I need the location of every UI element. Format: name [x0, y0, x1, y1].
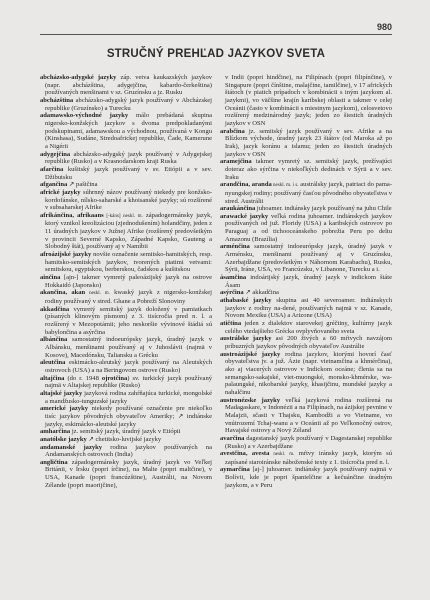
entry-headword: arménčina: [220, 243, 250, 250]
entry-headword: abcházsko-adygské jazyky: [40, 74, 116, 81]
entry-headword: angličtina: [40, 459, 68, 466]
dictionary-entry: andamanské jazyky rodina jazykov používa…: [40, 444, 212, 459]
dictionary-entry: altajské jazyky jazyková rodina zahŕňajú…: [40, 390, 212, 405]
dictionary-entry: afroázijské jazyky novšie označenie semi…: [40, 251, 212, 274]
entry-headword: akkadčina: [40, 306, 69, 313]
dictionary-entry: austroázijské jazyky rodina jazykov, kto…: [220, 351, 392, 397]
entry-definition: juhoamer. indiánsky jazyk používaný na j…: [255, 205, 391, 212]
entry-definition: dagestanský jazyk používaný v Dagestansk…: [225, 435, 392, 450]
entry-definition: západogermánsky jazyk, úradný jazyk vo V…: [45, 459, 212, 489]
entry-headword: afroázijské jazyky: [40, 251, 91, 258]
dictionary-entry: arawacké jazyky veľká rodina juhoamer. i…: [220, 213, 392, 244]
dictionary-entry: asýrčina ↗ akkadčina: [220, 289, 392, 297]
entry-definition: samostatný indoeurópsky jazyk, úradný ja…: [45, 336, 212, 358]
entry-definition: jeden z dialektov starovekej gréčtiny, k…: [225, 320, 392, 335]
entry-grammar-note: neskl. m.: [85, 291, 110, 296]
entry-definition: indoárijský jazyk, úradný jazyk v indick…: [225, 274, 392, 289]
dictionary-entry: arménčina samostatný indoeurópsky jazyk,…: [220, 243, 392, 274]
entry-variant-headword: ojrotčina: [102, 375, 127, 382]
dictionary-entry: aleutčina eskimácko-aleutský jazyk použí…: [40, 359, 212, 374]
entry-definition: [ajn-] takmer vymretý paleoázijský jazyk…: [45, 274, 212, 289]
dictionary-entry: ásamčina indoárijský jazyk, úradný jazyk…: [220, 274, 392, 289]
dictionary-entry: aramejčina takmer vymretý sz. semitský j…: [220, 158, 392, 181]
entry-headword: ásamčina: [220, 274, 246, 281]
dictionary-entry: afarčina kušitský jazyk používaný v sv. …: [40, 166, 212, 181]
entry-headword: albánčina: [40, 336, 67, 343]
dictionary-entry: amharčina jz. semitský jazyk, úradný jaz…: [40, 428, 212, 436]
dictionary-entry: afgančina ↗ paštčina: [40, 181, 212, 189]
dictionary-entry: araukánčina juhoamer. indiánsky jazyk po…: [220, 205, 392, 213]
entry-headword: austrálske jazyky: [220, 335, 271, 342]
dictionary-entry: austronézske jazyky veľká jazyková rodin…: [220, 397, 392, 435]
entry-text: (do r. 1948: [64, 375, 102, 382]
entry-headword: anatólske jazyky: [40, 436, 87, 443]
entry-headword: asýrčina: [220, 289, 244, 296]
header-rule: [40, 34, 392, 35]
dictionary-entry: altajčina (do r. 1948 ojrotčina) sv. tur…: [40, 375, 212, 390]
entry-headword: atičtina: [220, 320, 241, 327]
entry-headword: ainčina: [40, 274, 60, 281]
entry-headword: adamawsko-východné jazyky: [40, 112, 128, 119]
page-number: 980: [377, 22, 392, 32]
dictionary-entry: anatólske jazyky ↗ chetitsko-luvijské ja…: [40, 436, 212, 444]
entry-headword: africké jazyky: [40, 189, 81, 196]
entry-headword: afarčina: [40, 166, 63, 173]
entry-headword: arawacké jazyky: [220, 213, 268, 220]
entry-grammar-note: neskl. m. i s.: [272, 183, 299, 188]
dictionary-entry: avestčina, avesta neskl. m. mŕtvy iránsk…: [220, 450, 392, 466]
dictionary-entry: afrikánčina, afrikaans [-káns] neskl. m.…: [40, 212, 212, 251]
entry-headword: altajské jazyky: [40, 390, 82, 397]
entry-definition: vymretý semitský jazyk doložený v pamiat…: [45, 306, 212, 336]
dictionary-entry: adygejčina abcházsko-adygský jazyk použí…: [40, 151, 212, 166]
dictionary-entry: ainčina [ajn-] takmer vymretý paleoázijs…: [40, 274, 212, 289]
dictionary-entry: austrálske jazyky asi 200 živých a 60 mŕ…: [220, 335, 392, 350]
entry-headword: adygejčina: [40, 151, 70, 158]
dictionary-entry: abcházsko-adygské jazyky záp. vetva kauk…: [40, 74, 212, 97]
dictionary-entry: aymarčina [aj-] juhoamer. indiánsky jazy…: [220, 466, 392, 489]
dictionary-entry: angličtina západogermánsky jazyk, úradný…: [40, 459, 212, 490]
dictionary-entry: atičtina jeden z dialektov starovekej gr…: [220, 320, 392, 335]
entry-headword: afgančina: [40, 181, 67, 188]
entry-definition: ↗ chetitsko-luvijské jazyky: [87, 436, 161, 443]
entry-headword: andamanské jazyky: [40, 444, 102, 451]
dictionary-entry: akančina, akan neskl. m. kwaský jazyk z …: [40, 289, 212, 305]
entry-headword: avarčina: [220, 435, 244, 442]
dictionary-entry: v Indii (popri hindčine), na Filipínach …: [220, 74, 392, 128]
dictionary-entry: arabčina jz. semitský jazyk používaný v …: [220, 128, 392, 159]
entry-definition: [aj-] juhoamer. indiánsky jazyk používan…: [225, 466, 392, 488]
entry-headword: americké jazyky: [40, 405, 88, 412]
dictionary-entry: arandčina, aranda neskl. m. i s. austrál…: [220, 181, 392, 205]
entry-headword: austroázijské jazyky: [220, 351, 280, 358]
entry-definition: rodina jazykov, ktorými hovorí časť obyv…: [225, 351, 392, 396]
entry-headword: abcházština: [40, 97, 73, 104]
dictionary-entry: adamawsko-východné jazyky málo prebádaná…: [40, 112, 212, 150]
page-title: STRUČNÝ PREHĽAD JAZYKOV SVETA: [40, 48, 392, 60]
entry-headword: aramejčina: [220, 158, 252, 165]
entry-headword: avestčina, avesta: [220, 450, 269, 457]
entry-headword: akančina, akan: [40, 289, 85, 296]
dictionary-entry: albánčina samostatný indoeurópsky jazyk,…: [40, 336, 212, 359]
entry-headword: afrikánčina, afrikaans: [40, 212, 104, 219]
dictionary-entry: avarčina dagestanský jazyk používaný v D…: [220, 435, 392, 450]
entry-grammar-note: [-káns] neskl. m.: [104, 214, 143, 219]
entry-headword: aymarčina: [220, 466, 250, 473]
entry-definition: abcházsko-adygský jazyk používaný v Adyg…: [45, 151, 212, 166]
entry-definition: jz. semitský jazyk, úradný jazyk v Etióp…: [70, 428, 180, 435]
entry-headword: amharčina: [40, 428, 70, 435]
entry-definition: samostatný indoeurópsky jazyk, úradný ja…: [225, 243, 392, 273]
entry-headword: arandčina, aranda: [220, 181, 272, 188]
entry-headword: arabčina: [220, 128, 245, 135]
dictionary-entry: athabaské jazyky skupina asi 40 severoam…: [220, 297, 392, 320]
entry-headword: aleutčina: [40, 359, 65, 366]
entry-definition: jz. semitský jazyk používaný v sev. Afri…: [225, 128, 392, 158]
entry-headword: altajčina: [40, 375, 64, 382]
entry-grammar-note: neskl. m.: [269, 452, 294, 457]
entry-definition: kušitský jazyk používaný v sv. Etiópii a…: [45, 166, 212, 181]
right-column: v Indii (popri hindčine), na Filipínach …: [220, 74, 392, 489]
entry-headword: araukánčina: [220, 205, 255, 212]
entry-definition: ↗ paštčina: [67, 181, 97, 188]
entry-definition: v Indii (popri hindčine), na Filipínach …: [225, 74, 392, 127]
dictionary-entry: akkadčina vymretý semitský jazyk doložen…: [40, 306, 212, 337]
entry-headword: athabaské jazyky: [220, 297, 272, 304]
entry-definition: ↗ akkadčina: [244, 289, 279, 296]
dictionary-entry: africké jazyky súhrnný názov používaný n…: [40, 189, 212, 212]
dictionary-entry: abcházština abcházsko-adygský jazyk použ…: [40, 97, 212, 112]
left-column: abcházsko-adygské jazyky záp. vetva kauk…: [40, 74, 212, 489]
entry-headword: austronézske jazyky: [220, 397, 280, 404]
dictionary-entry: americké jazyky niekedy používané označe…: [40, 405, 212, 428]
entry-definition: eskimácko-aleutský jazyk používaný na Al…: [45, 359, 212, 374]
